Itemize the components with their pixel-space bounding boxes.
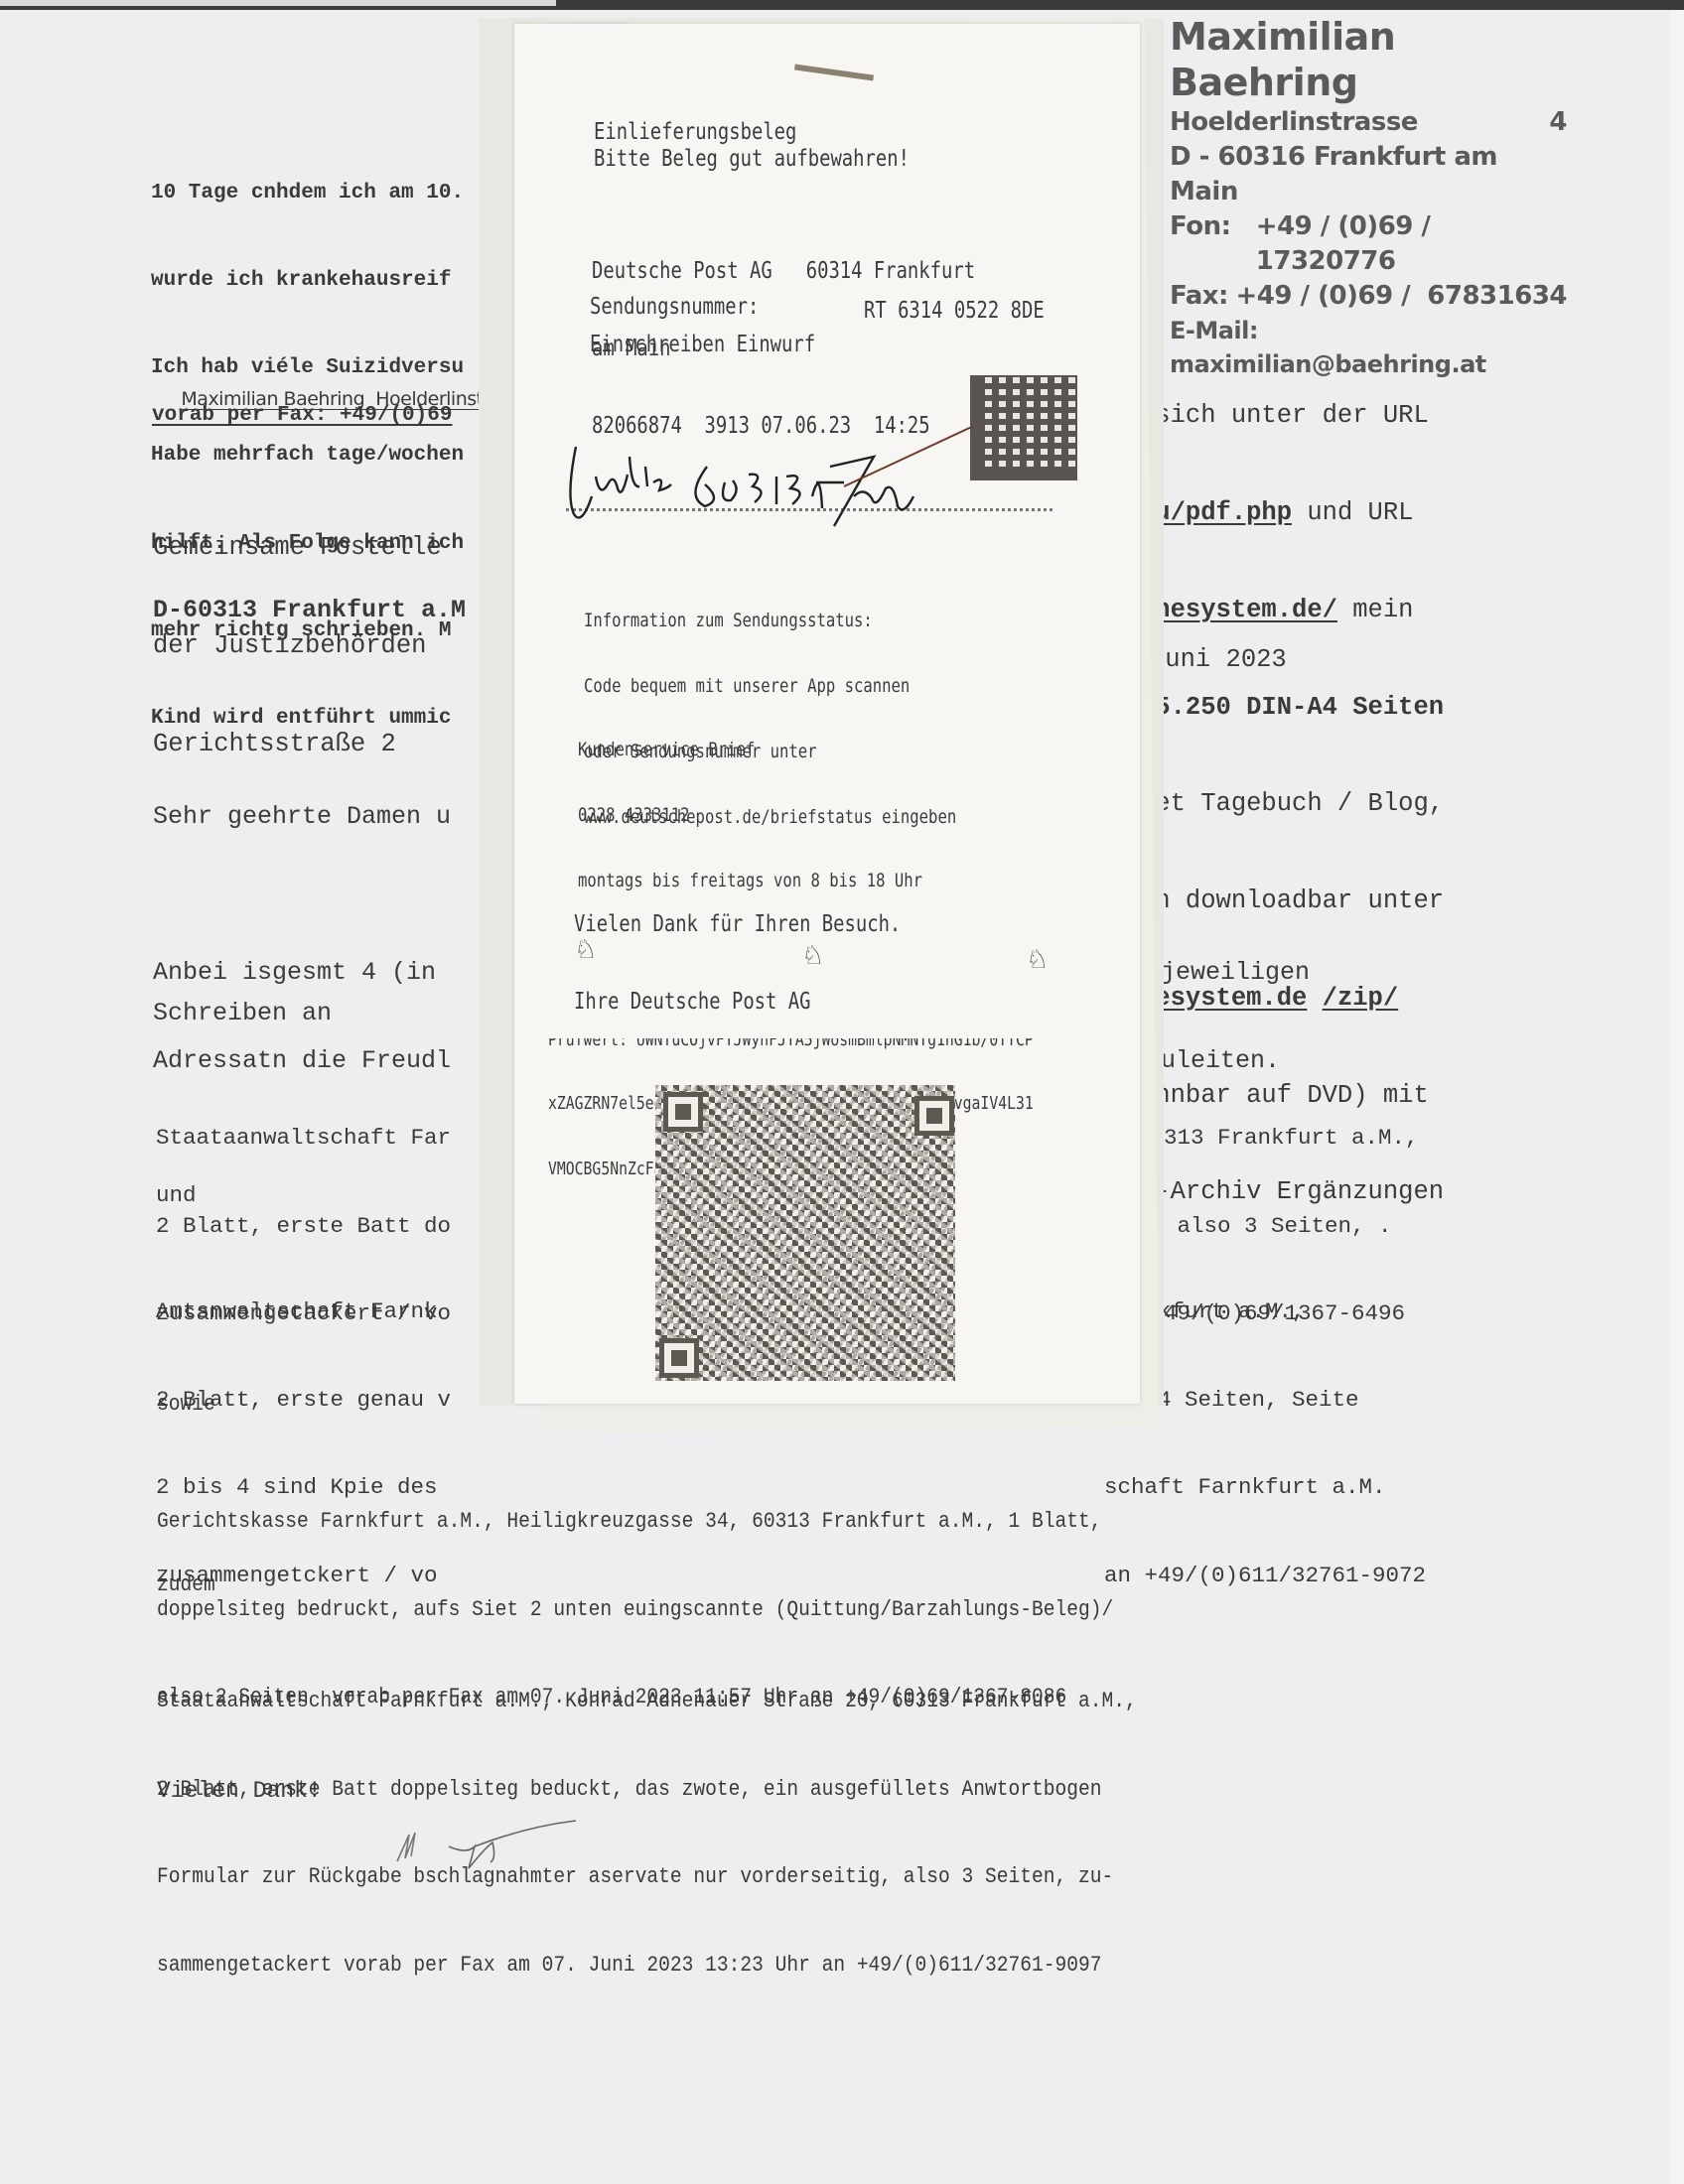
signature <box>367 1807 655 1886</box>
url-link-system[interactable]: .nesystem.de/ <box>1140 596 1337 624</box>
post-horn-icon: ♘ <box>801 941 824 971</box>
handwritten-recipient: Justiz. 60313 Ffm <box>556 427 1072 536</box>
sender-fax: Fax: +49 / (0)69 / 67831634 <box>1170 279 1567 314</box>
service-type: Einschreiben Einwurf <box>590 332 815 357</box>
zudem-label: zudem <box>157 1570 215 1600</box>
tracking-label: Sendungsnummer: <box>590 294 759 320</box>
qr-finder <box>663 1092 703 1132</box>
sender-name: Maximilian Baehring <box>1170 14 1567 105</box>
post-horn-icon: ♘ <box>1026 945 1049 975</box>
tracking-number[interactable]: RT 6314 0522 8DE <box>864 298 1045 324</box>
salutation: Sehr geehrte Damen u <box>153 802 451 832</box>
qr-finder <box>914 1096 954 1136</box>
und-label: und <box>156 1181 197 1211</box>
scanner-edge-highlight <box>0 0 556 6</box>
url-link-zip[interactable]: /zip/ <box>1323 984 1399 1013</box>
scanner-edge-right <box>1670 10 1684 2184</box>
sowie-label: sowie <box>157 1390 215 1420</box>
recipient-city: D-60313 Frankfurt a.M <box>153 596 466 625</box>
receipt-subtitle: Bitte Beleg gut aufbewahren! <box>594 146 910 172</box>
recipient-address: Gemeinsame Postelle der Justizbehörden G… <box>153 466 442 793</box>
sender-city: D - 60316 Frankfurt am Main <box>1170 140 1567 209</box>
fax-notice: vorab per Fax: +49/(0)69 <box>152 401 452 430</box>
closing: Vielen Dank! <box>157 1777 322 1807</box>
receipt-title: Einlieferungsbeleg <box>594 119 796 145</box>
letter-date: Juni 2023 <box>1150 645 1287 675</box>
sender-street: Hoelderlinstrasse 4 <box>1170 105 1567 140</box>
schreiben-an-label: Schreiben an <box>153 999 332 1028</box>
post-horn-icon: ♘ <box>574 935 597 965</box>
qr-finder <box>659 1338 699 1378</box>
letterhead: Maximilian Baehring Hoelderlinstrasse 4 … <box>1170 14 1567 381</box>
sender-phone: Fon: +49 / (0)69 / 17320776 <box>1170 209 1567 279</box>
